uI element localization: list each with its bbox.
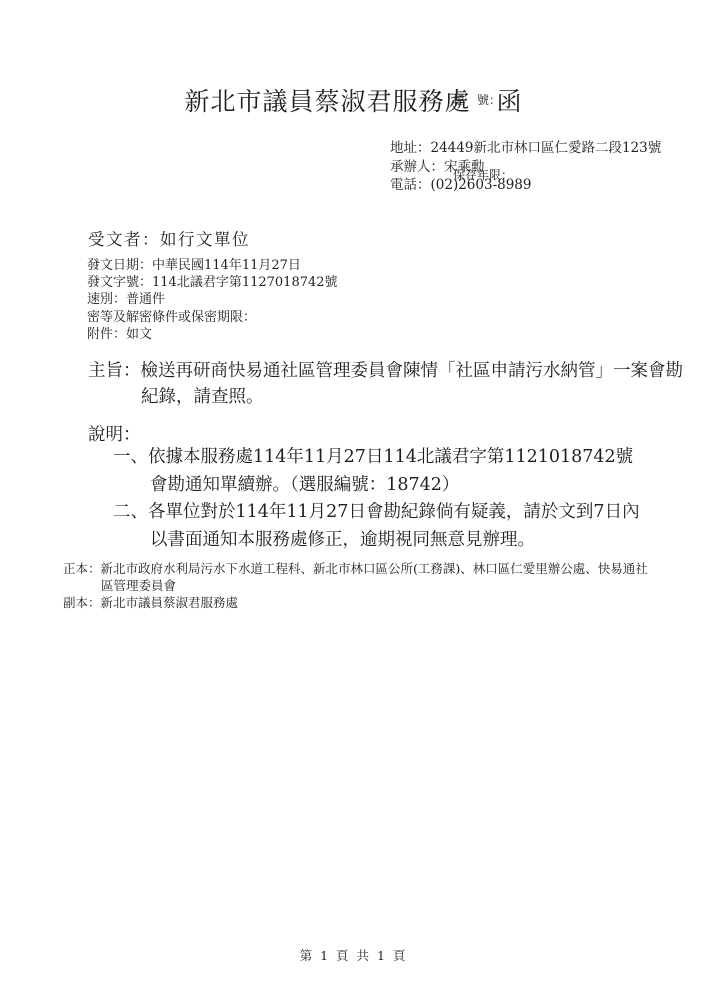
priority-row: 速別：普通件 bbox=[87, 291, 338, 308]
original-value: 新北市政府水利局污水下水道工程科、新北市林口區公所(工務課)、林口區仁愛里辦公處… bbox=[101, 561, 648, 593]
doc-number-row: 發文字號：114北議君字第1127018742號 bbox=[87, 274, 338, 291]
file-number-block: 檔 號： 保存年限： bbox=[453, 38, 513, 238]
explanation-item-2: 二、各單位對於114年11月27日會勘紀錄倘有疑義，請於文到7日內以書面通知本服… bbox=[113, 499, 650, 554]
issue-date-label: 發文日期： bbox=[87, 258, 152, 273]
copy-label: 副本： bbox=[63, 595, 101, 610]
phone-label: 電話： bbox=[390, 177, 431, 193]
distribution-block: 正本：新北市政府水利局污水下水道工程科、新北市林口區公所(工務課)、林口區仁愛里… bbox=[63, 560, 651, 611]
issue-date-value: 中華民國114年11月27日 bbox=[152, 258, 301, 273]
phone-value: (02)2603-8989 bbox=[431, 177, 532, 193]
phone-row: 電話：(02)2603-8989 bbox=[390, 176, 680, 195]
recipient-value: 如行文單位 bbox=[160, 230, 250, 249]
explanation-label: 說明： bbox=[88, 421, 141, 446]
recipient-label: 受文者： bbox=[88, 230, 160, 249]
subject-text: 檢送再研商快易通社區管理委員會陳情「社區申請污水納管」一案會勘紀錄，請查照。 bbox=[141, 361, 684, 407]
document-meta-block: 發文日期：中華民國114年11月27日 發文字號：114北議君字第1127018… bbox=[87, 257, 338, 343]
copy-value: 新北市議員蔡淑君服務處 bbox=[101, 595, 239, 610]
contact-person-value: 宋乘勳 bbox=[444, 159, 485, 175]
recipient-row: 受文者：如行文單位 bbox=[88, 226, 250, 250]
copy-recipients-row: 副本：新北市議員蔡淑君服務處 bbox=[63, 594, 651, 611]
security-label: 密等及解密條件或保密期限： bbox=[87, 310, 256, 325]
doc-number-value: 114北議君字第1127018742號 bbox=[152, 275, 338, 290]
subject-label: 主旨： bbox=[88, 361, 141, 381]
sender-contact-block: 地址：24449新北市林口區仁愛路二段123號 承辦人：宋乘勳 電話：(02)2… bbox=[390, 139, 680, 195]
contact-person-row: 承辦人：宋乘勳 bbox=[390, 158, 680, 177]
item-number: 一、 bbox=[113, 447, 148, 467]
explanation-items: 一、依據本服務處114年11月27日114北議君字第1121018742號會勘通… bbox=[113, 444, 650, 554]
attachment-value: 如文 bbox=[126, 327, 152, 342]
subject-row: 主旨：檢送再研商快易通社區管理委員會陳情「社區申請污水納管」一案會勘紀錄，請查照… bbox=[88, 358, 689, 410]
attachment-row: 附件：如文 bbox=[87, 326, 338, 343]
security-row: 密等及解密條件或保密期限： bbox=[87, 309, 338, 326]
document-page: 檔 號： 保存年限： 新北市議員蔡淑君服務處 函 地址：24449新北市林口區仁… bbox=[0, 0, 707, 1000]
document-title: 新北市議員蔡淑君服務處 函 bbox=[0, 82, 707, 118]
item-number: 二、 bbox=[113, 502, 148, 522]
address-row: 地址：24449新北市林口區仁愛路二段123號 bbox=[390, 139, 680, 158]
page-number-footer: 第 1 頁 共 1 頁 bbox=[0, 946, 707, 964]
explanation-item-1: 一、依據本服務處114年11月27日114北議君字第1121018742號會勘通… bbox=[113, 444, 650, 499]
original-label: 正本： bbox=[63, 561, 101, 576]
original-recipients-row: 正本：新北市政府水利局污水下水道工程科、新北市林口區公所(工務課)、林口區仁愛里… bbox=[63, 560, 651, 594]
attachment-label: 附件： bbox=[87, 327, 126, 342]
address-label: 地址： bbox=[390, 140, 431, 156]
priority-value: 普通件 bbox=[126, 292, 165, 307]
issue-date-row: 發文日期：中華民國114年11月27日 bbox=[87, 257, 338, 274]
item-text: 依據本服務處114年11月27日114北議君字第1121018742號會勘通知單… bbox=[148, 447, 633, 495]
doc-number-label: 發文字號： bbox=[87, 275, 152, 290]
item-text: 各單位對於114年11月27日會勘紀錄倘有疑義，請於文到7日內以書面通知本服務處… bbox=[148, 502, 640, 550]
priority-label: 速別： bbox=[87, 292, 126, 307]
address-value: 24449新北市林口區仁愛路二段123號 bbox=[431, 140, 662, 156]
contact-person-label: 承辦人： bbox=[390, 159, 444, 175]
